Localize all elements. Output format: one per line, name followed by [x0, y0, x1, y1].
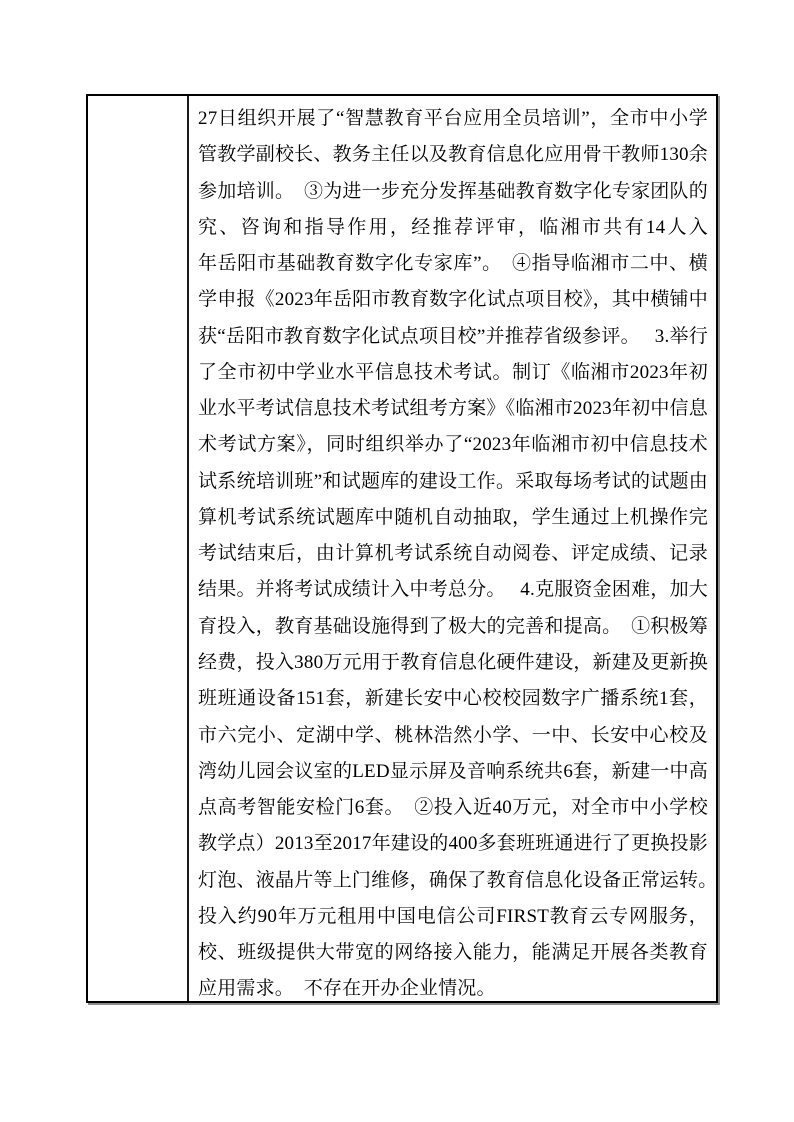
text-line: 管教学副校长、教务主任以及教育信息化应用骨干教师130余人 — [198, 137, 708, 173]
text-line: 学申报《2023年岳阳市教育数字化试点项目校》，其中横铺中学 — [198, 282, 708, 318]
text-line: 试系统培训班”和试题库的建设工作。采取每场考试的试题由计 — [198, 464, 708, 500]
text-line: 投入约90年万元租用中国电信公司FIRST教育云专网服务，为学 — [198, 899, 708, 935]
text-line: 应用需求。 不存在开办企业情况。 — [198, 971, 708, 1001]
table-left-column-empty — [88, 96, 189, 1001]
text-line: 育投入，教育基础设施得到了极大的完善和提高。 ①积极筹措 — [198, 609, 708, 645]
document-table: 27日组织开展了“智慧教育平台应用全员培训”，全市中小学分 管教学副校长、教务主… — [86, 94, 718, 1003]
text-line: 教学点）2013至2017年建设的400多套班班通进行了更换投影机 — [198, 826, 708, 862]
text-line: 湾幼儿园会议室的LED显示屏及音响系统共6套，新建一中高考考 — [198, 754, 708, 790]
text-line: 术考试方案》，同时组织举办了“2023年临湘市初中信息技术考 — [198, 427, 708, 463]
text-line: 业水平考试信息技术考试组考方案》《临湘市2023年初中信息技 — [198, 391, 708, 427]
text-line: 经费，投入380万元用于教育信息化硬件建设，新建及更新换代 — [198, 645, 708, 681]
text-line: 参加培训。 ③为进一步充分发挥基础教育数字化专家团队的研 — [198, 174, 708, 210]
text-line: 算机考试系统试题库中随机自动抽取，学生通过上机操作完成。 — [198, 500, 708, 536]
text-line: 考试结束后，由计算机考试系统自动阅卷、评定成绩、记录考试 — [198, 536, 708, 572]
text-line: 灯泡、液晶片等上门维修，确保了教育信息化设备正常运转。 ③ — [198, 863, 708, 899]
text-line: 点高考智能安检门6套。 ②投入近40万元，对全市中小学校（含 — [198, 790, 708, 826]
text-line: 究、咨询和指导作用，经推荐评审，临湘市共有14人入选“2023 — [198, 210, 708, 246]
text-line: 结果。并将考试成绩计入中考总分。 4.克服资金困难，加大教 — [198, 572, 708, 608]
text-line: 班班通设备151套，新建长安中心校校园数字广播系统1套，新建 — [198, 681, 708, 717]
text-line: 市六完小、定湖中学、桃林浩然小学、一中、长安中心校及云水 — [198, 718, 708, 754]
document-page: 27日组织开展了“智慧教育平台应用全员培训”，全市中小学分 管教学副校长、教务主… — [0, 0, 794, 1122]
text-line: 年岳阳市基础教育数字化专家库”。 ④指导临湘市二中、横铺中 — [198, 246, 708, 282]
text-line: 校、班级提供大带宽的网络接入能力，能满足开展各类教育教学 — [198, 935, 708, 971]
text-line: 获“岳阳市教育数字化试点项目校”并推荐省级参评。 3.举行 — [198, 319, 708, 355]
text-line: 了全市初中学业水平信息技术考试。制订《临湘市2023年初中学 — [198, 355, 708, 391]
table-content-cell: 27日组织开展了“智慧教育平台应用全员培训”，全市中小学分 管教学副校长、教务主… — [189, 96, 716, 1001]
text-line: 27日组织开展了“智慧教育平台应用全员培训”，全市中小学分 — [198, 101, 708, 137]
